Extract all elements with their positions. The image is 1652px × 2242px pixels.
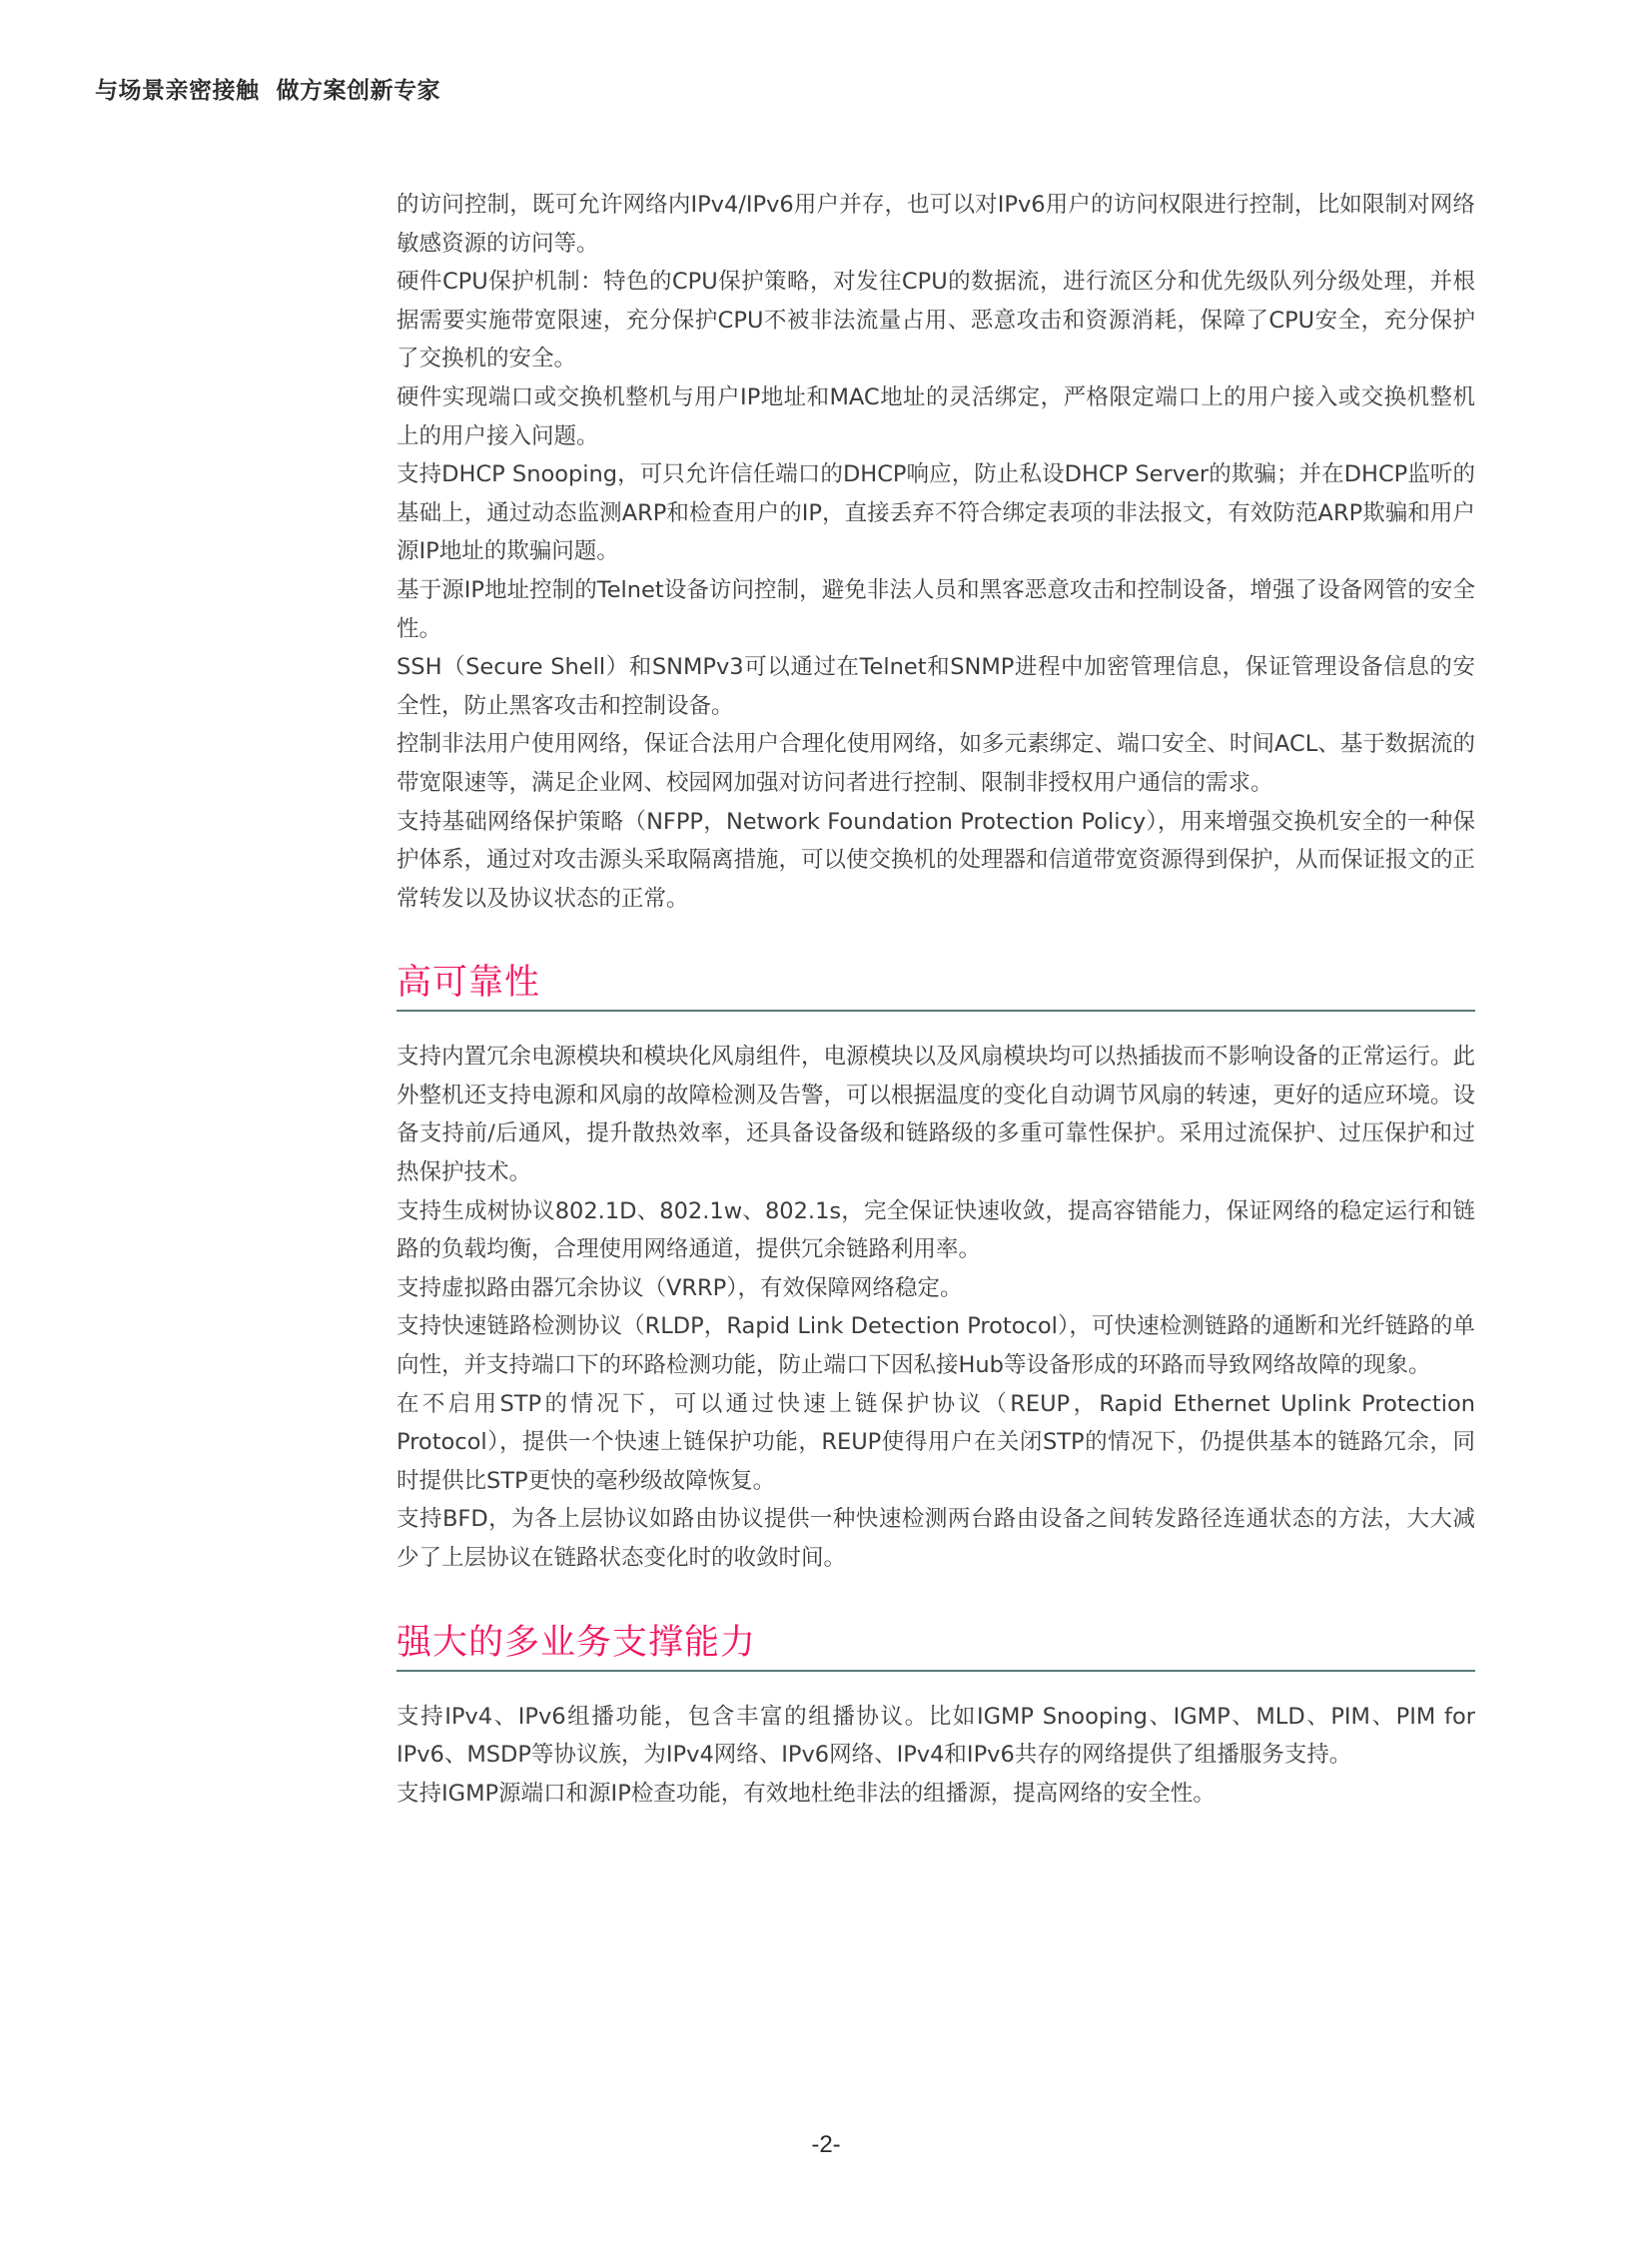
paragraph: 硬件实现端口或交换机整机与用户IP地址和MAC地址的灵活绑定，严格限定端口上的用… [397,378,1475,455]
paragraph: 支持虚拟路由器冗余协议（VRRP），有效保障网络稳定。 [397,1269,1475,1308]
paragraph: 基于源IP地址控制的Telnet设备访问控制，避免非法人员和黑客恶意攻击和控制设… [397,571,1475,648]
paragraph: 支持IGMP源端口和源IP检查功能，有效地杜绝非法的组播源，提高网络的安全性。 [397,1775,1475,1814]
section-heading-rule: 强大的多业务支撑能力 [397,1620,1475,1672]
page-header-slogan: 与场景亲密接触 做方案创新专家 [95,72,440,105]
paragraph: 支持DHCP Snooping，可只允许信任端口的DHCP响应，防止私设DHCP… [397,455,1475,571]
page-number: -2- [0,2131,1652,2159]
paragraph: 控制非法用户使用网络，保证合法用户合理化使用网络，如多元素绑定、端口安全、时间A… [397,725,1475,802]
section-multi-service: 强大的多业务支撑能力 支持IPv4、IPv6组播功能，包含丰富的组播协议。比如I… [397,1620,1475,1814]
document-body: 的访问控制，既可允许网络内IPv4/IPv6用户并存，也可以对IPv6用户的访问… [397,186,1475,1813]
paragraph: 支持IPv4、IPv6组播功能，包含丰富的组播协议。比如IGMP Snoopin… [397,1698,1475,1775]
paragraph: SSH（Secure Shell）和SNMPv3可以通过在Telnet和SNMP… [397,648,1475,725]
section-high-reliability: 高可靠性 支持内置冗余电源模块和模块化风扇组件，电源模块以及风扇模块均可以热插拔… [397,960,1475,1577]
paragraph: 支持内置冗余电源模块和模块化风扇组件，电源模块以及风扇模块均可以热插拔而不影响设… [397,1038,1475,1191]
paragraph: 的访问控制，既可允许网络内IPv4/IPv6用户并存，也可以对IPv6用户的访问… [397,186,1475,263]
section-heading: 高可靠性 [397,960,1475,1006]
paragraph: 支持基础网络保护策略（NFPP，Network Foundation Prote… [397,803,1475,919]
paragraph: 支持生成树协议802.1D、802.1w、802.1s，完全保证快速收敛，提高容… [397,1192,1475,1269]
paragraph: 在不启用STP的情况下，可以通过快速上链保护协议（REUP，Rapid Ethe… [397,1385,1475,1501]
section-security-continued: 的访问控制，既可允许网络内IPv4/IPv6用户并存，也可以对IPv6用户的访问… [397,186,1475,918]
paragraph: 支持快速链路检测协议（RLDP，Rapid Link Detection Pro… [397,1307,1475,1384]
paragraph: 硬件CPU保护机制：特色的CPU保护策略，对发往CPU的数据流，进行流区分和优先… [397,263,1475,378]
section-heading: 强大的多业务支撑能力 [397,1620,1475,1666]
section-heading-rule: 高可靠性 [397,960,1475,1012]
paragraph: 支持BFD，为各上层协议如路由协议提供一种快速检测两台路由设备之间转发路径连通状… [397,1500,1475,1577]
